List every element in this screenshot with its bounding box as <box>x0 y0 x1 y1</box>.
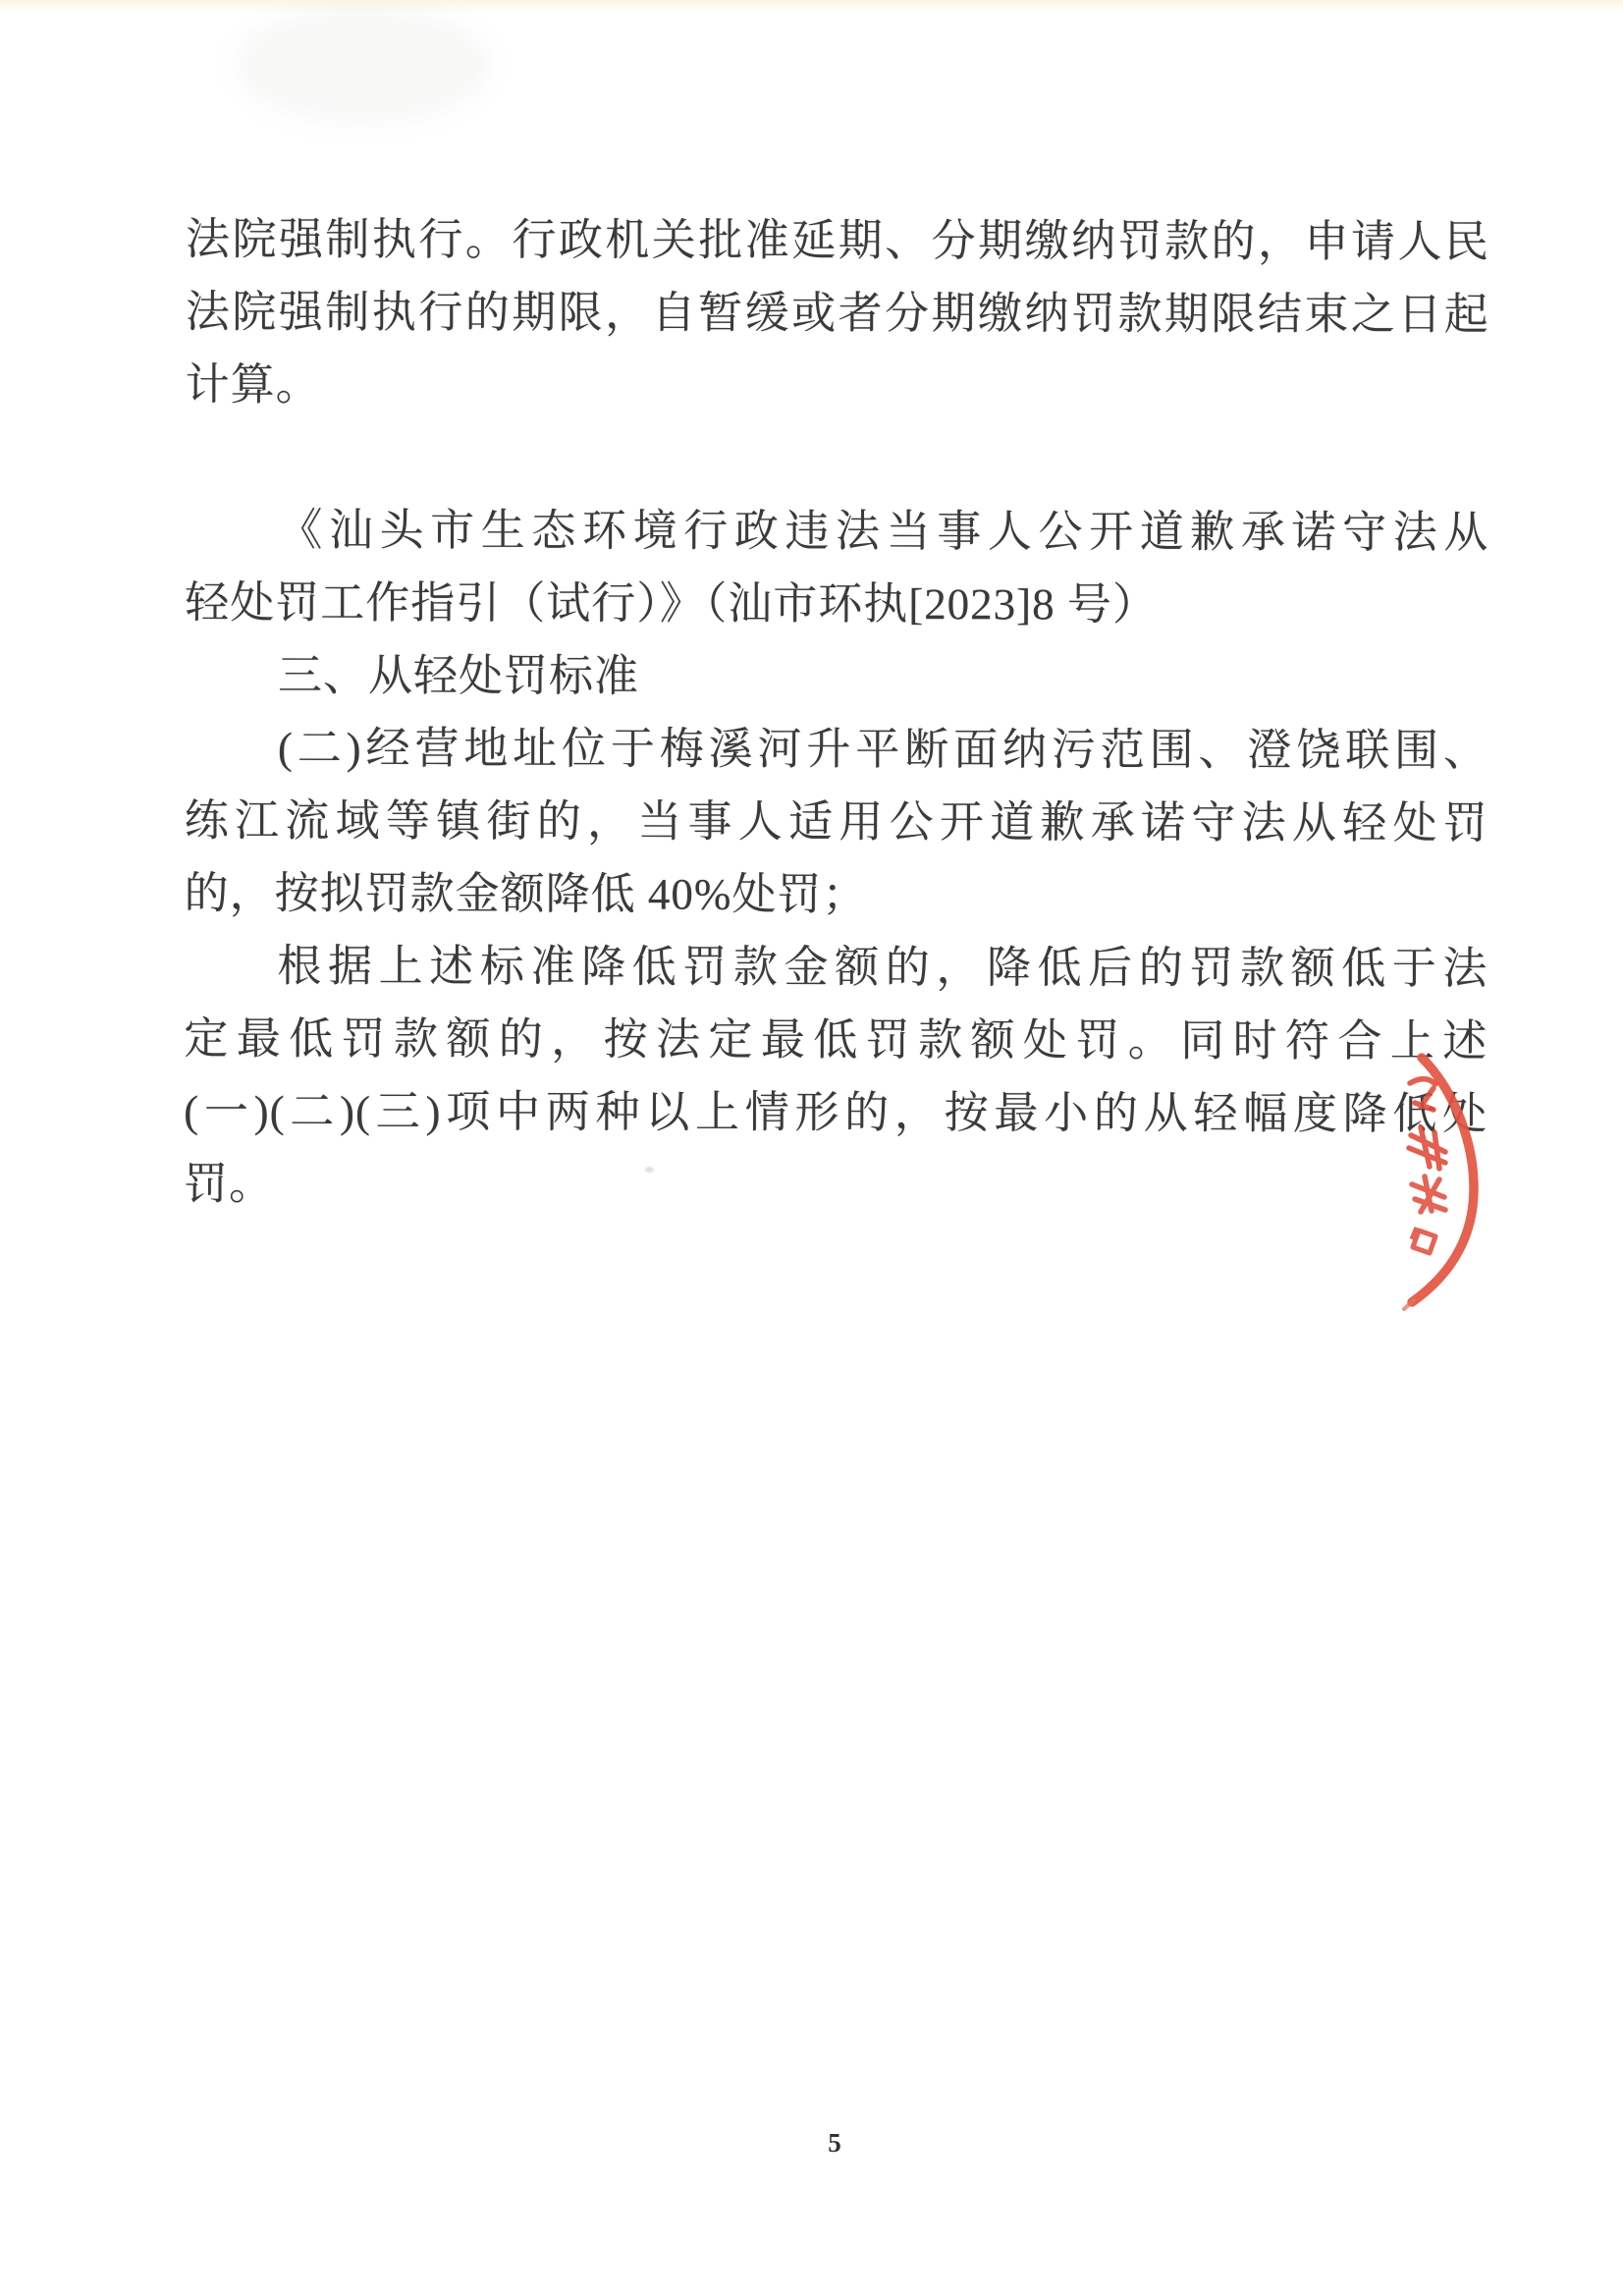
scan-artifact-smudge <box>236 6 491 124</box>
text-line: 轻处罚工作指引（试行）》（汕市环执[2023]8 号） <box>185 567 1488 642</box>
text-line: 罚。 <box>184 1148 1488 1224</box>
document-page: 法院强制执行。行政机关批准延期、分期缴纳罚款的，申请人民 法院强制执行的期限，自… <box>0 0 1623 2296</box>
text-line: 《汕头市生态环境行政违法当事人公开道歉承诺守法从 <box>185 494 1488 570</box>
text-line: 定最低罚款额的，按法定最低罚款额处罚。同时符合上述 <box>184 1003 1488 1078</box>
scan-artifact-top-band <box>0 0 1623 14</box>
official-seal-partial <box>1375 1031 1512 1336</box>
seal-text-fragment <box>1409 1127 1445 1169</box>
body-text: 法院强制执行。行政机关批准延期、分期缴纳罚款的，申请人民 法院强制执行的期限，自… <box>184 203 1489 1224</box>
blank-line <box>185 421 1488 497</box>
text-line-section-heading: 三、从轻处罚标准 <box>185 639 1488 715</box>
text-line: 根据上述标准降低罚款金额的，降低后的罚款额低于法 <box>184 930 1488 1006</box>
text-line: 计算。 <box>186 349 1489 424</box>
page-number: 5 <box>805 2121 864 2164</box>
text-line: (二)经营地址位于梅溪河升平断面纳污范围、澄饶联围、 <box>185 712 1488 788</box>
text-line: 法院强制执行的期限，自暂缓或者分期缴纳罚款期限结束之日起 <box>186 276 1489 352</box>
text-line: 法院强制执行。行政机关批准延期、分期缴纳罚款的，申请人民 <box>186 203 1489 279</box>
seal-text-fragment <box>1410 1079 1435 1110</box>
seal-text-fragment <box>1412 1176 1445 1212</box>
text-line: 练江流域等镇街的，当事人适用公开道歉承诺守法从轻处罚 <box>185 785 1488 860</box>
text-line: (一)(二)(三)项中两种以上情形的，按最小的从轻幅度降低处 <box>184 1075 1488 1151</box>
text-line: 的，按拟罚款金额降低 40%处罚； <box>185 857 1488 933</box>
seal-rim-arc <box>1412 1058 1474 1302</box>
seal-text-fragment <box>1412 1228 1435 1253</box>
